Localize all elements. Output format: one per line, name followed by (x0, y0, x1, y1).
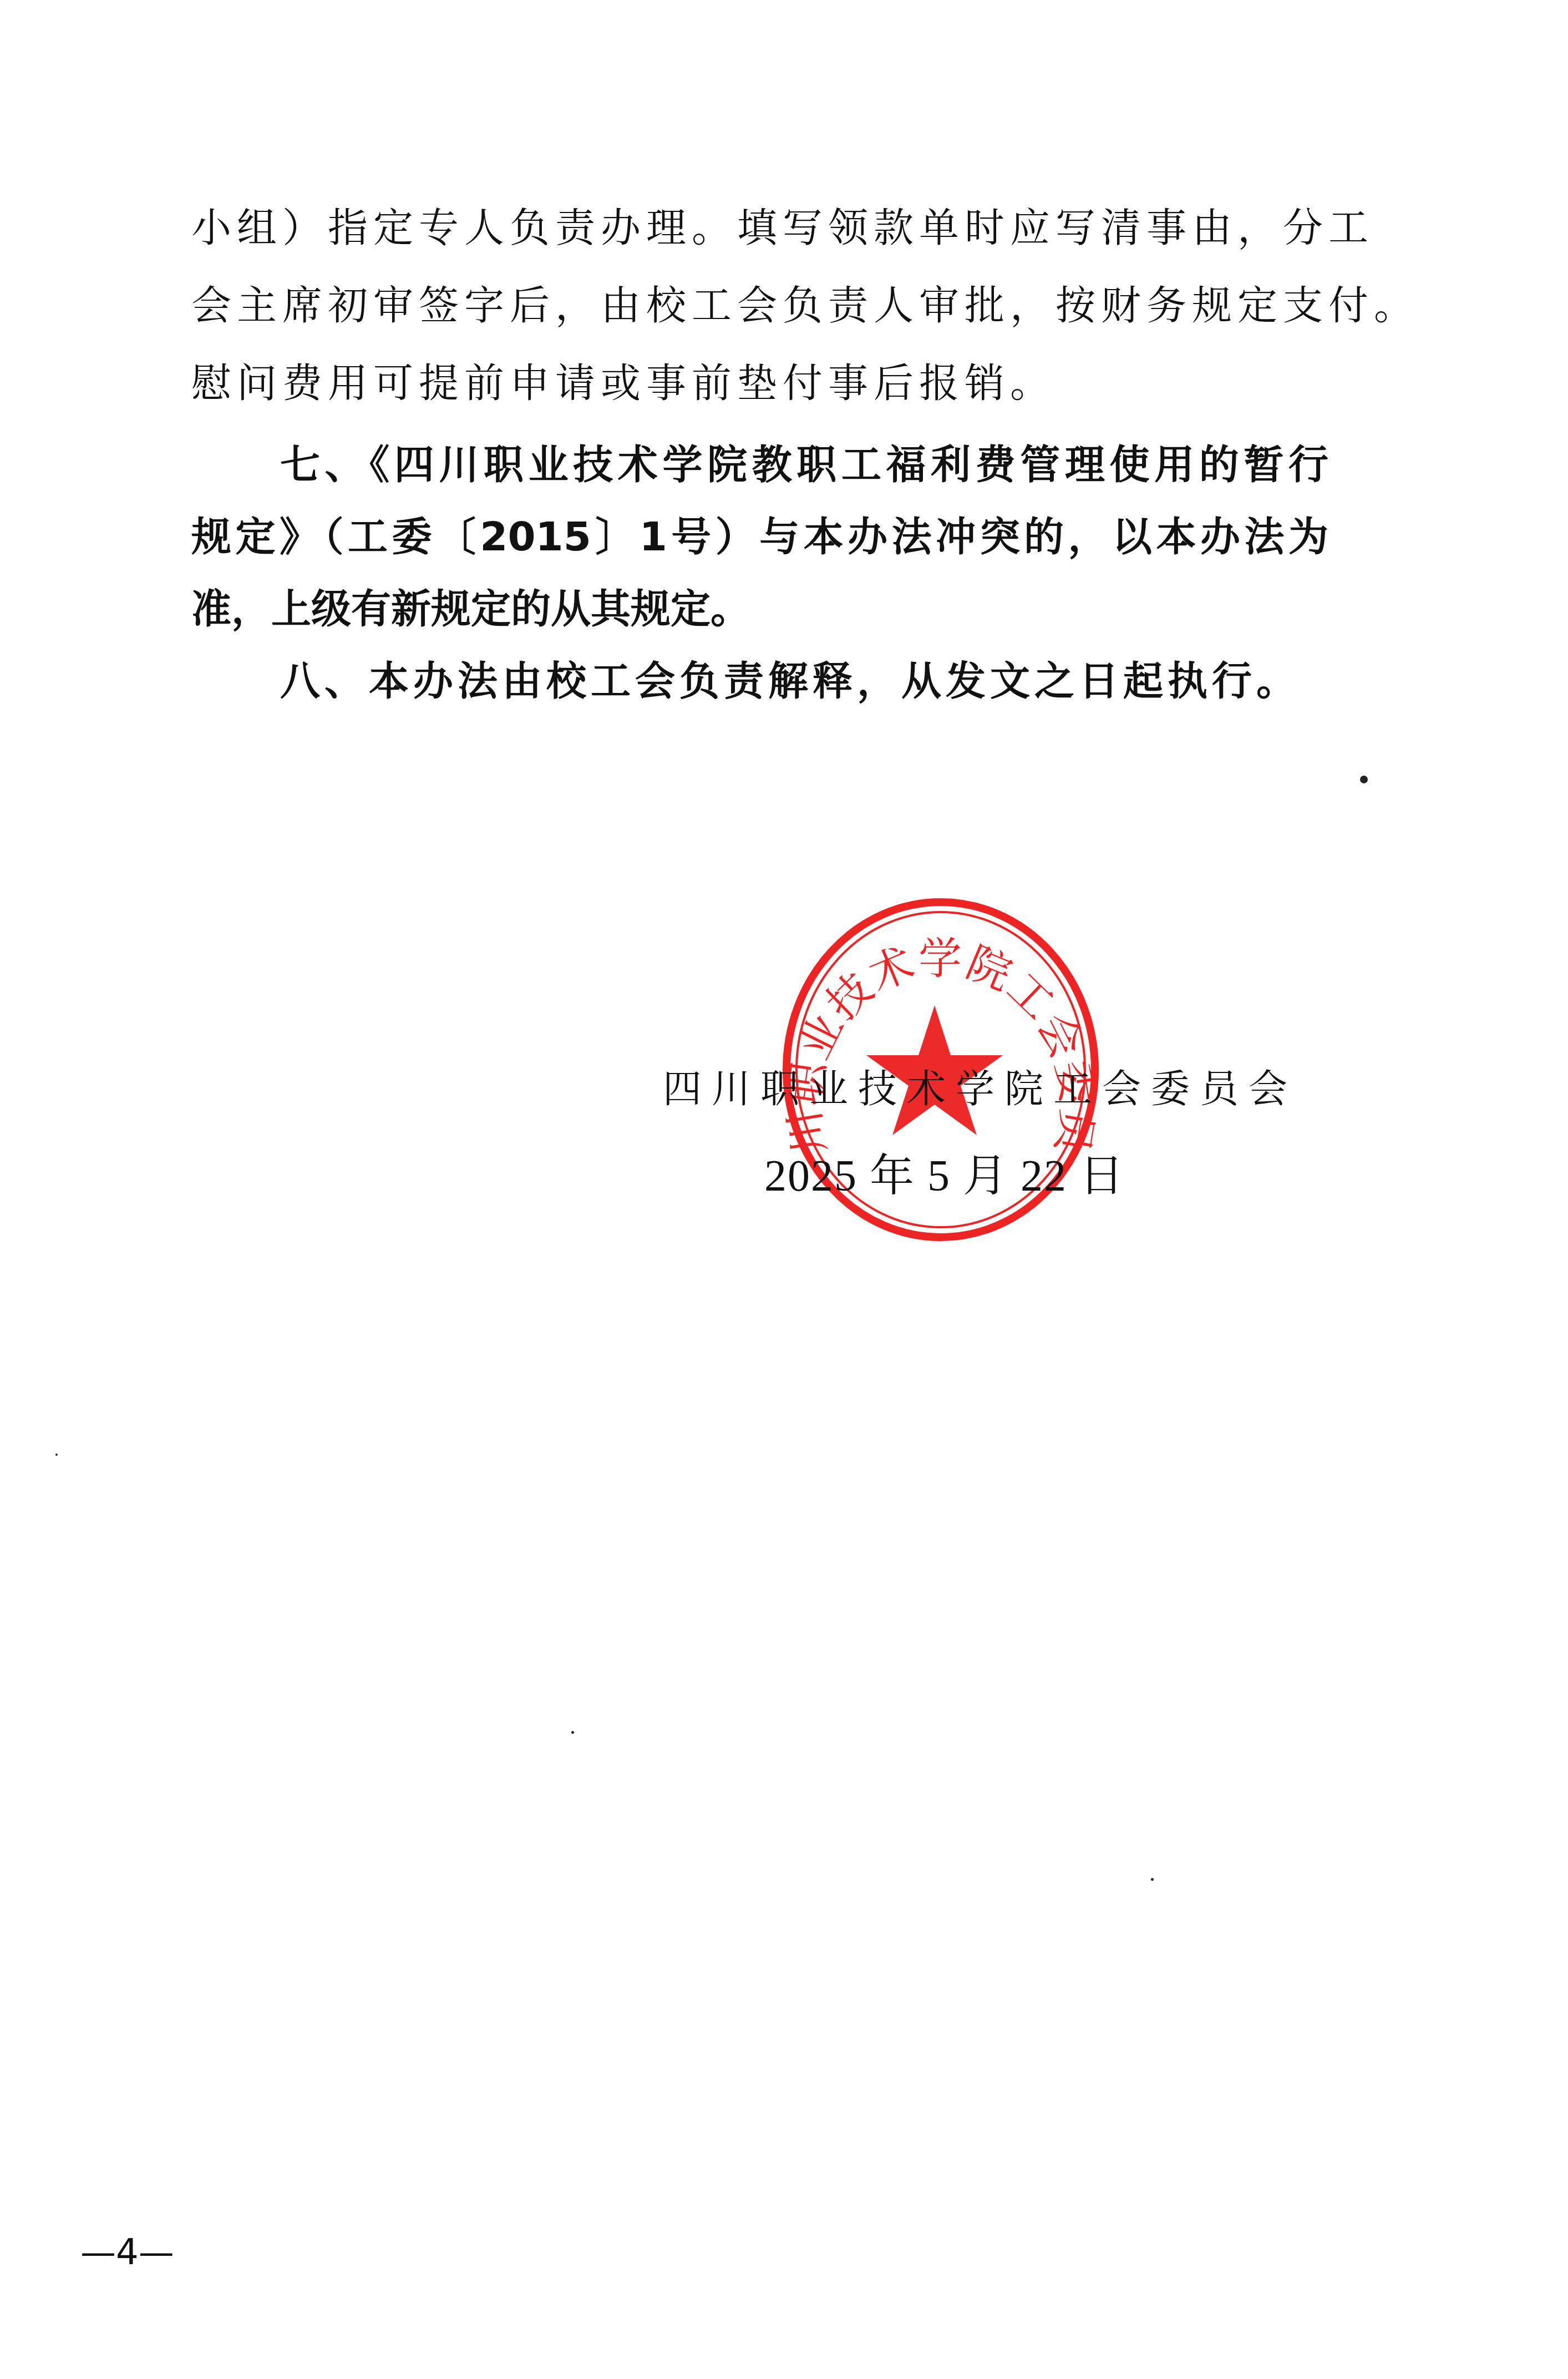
article-8-line: 八、本办法由校工会负责解释，从发文之日起执行。 (191, 653, 1328, 708)
body-text-line: 小组）指定专人负责办理。填写领款单时应写清事由，分工 (191, 200, 1328, 255)
issuer-organization: 四川职业技术学院工会委员会 (663, 1065, 1297, 1115)
body-text-line: 会主席初审签字后，由校工会负责人审批，按财务规定支付。 (191, 277, 1328, 333)
body-text-line: 慰问费用可提前申请或事前垫付事后报销。 (191, 355, 1328, 411)
article-7-line: 七、《四川职业技术学院教职工福利费管理使用的暂行 (191, 437, 1328, 492)
scan-speck (1360, 776, 1368, 783)
article-7-line: 规定》（工委〔2015〕1号）与本办法冲突的，以本办法为 (191, 509, 1328, 564)
article-7-line: 准，上级有新规定的从其规定。 (191, 581, 1328, 636)
scan-speck (1151, 1878, 1154, 1881)
scan-speck (571, 1731, 574, 1734)
page-number: —4— (80, 2230, 174, 2275)
document-page: 小组）指定专人负责办理。填写领款单时应写清事由，分工 会主席初审签字后，由校工会… (0, 0, 1568, 2379)
scan-speck (55, 1454, 58, 1456)
issue-date: 2025 年 5 月 22 日 (764, 1151, 1125, 1201)
